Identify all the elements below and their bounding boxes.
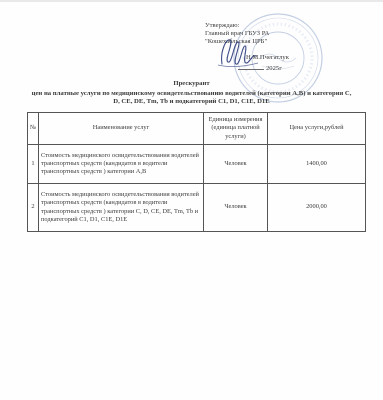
approval-year: 2025г [238,63,282,72]
title-line-2: цен на платные услуги по медицинскому ос… [0,90,383,99]
document-title: Прескурант цен на платные услуги по меди… [0,80,383,107]
header-number: № [28,113,39,145]
service-name: Стоимость медицинского освидетельствован… [39,145,204,184]
scanned-document-page: Утверждаю: Главный врач ГБУЗ РА "Кошехаб… [0,0,383,400]
service-unit: Человек [204,145,268,184]
service-name: Стоимость медицинского освидетельствован… [39,184,204,232]
row-number: 2 [28,184,39,232]
signature-rule [238,63,264,70]
year-text: 2025г [266,65,282,72]
table-row: 2 Стоимость медицинского освидетельствов… [28,184,366,232]
row-number: 1 [28,145,39,184]
service-price: 1400,00 [268,145,366,184]
service-price: 2000,00 [268,184,366,232]
table-row: 1 Стоимость медицинского освидетельствов… [28,145,366,184]
service-unit: Человек [204,184,268,232]
title-line-3: D, CE, DE, Tm, Tb и подкатегорий C1, D1,… [0,98,383,107]
header-price: Цена услуги,рублей [268,113,366,145]
header-unit: Единица измерения (единица платной услуг… [204,113,268,145]
price-table: № Наименование услуг Единица измерения (… [27,112,366,232]
approval-line-1: Утверждаю: [205,22,355,30]
table-header-row: № Наименование услуг Единица измерения (… [28,113,366,145]
title-line-1: Прескурант [0,80,383,89]
header-service-name: Наименование услуг [39,113,204,145]
signer-name: Н.М.Пчегатлук [246,54,289,61]
